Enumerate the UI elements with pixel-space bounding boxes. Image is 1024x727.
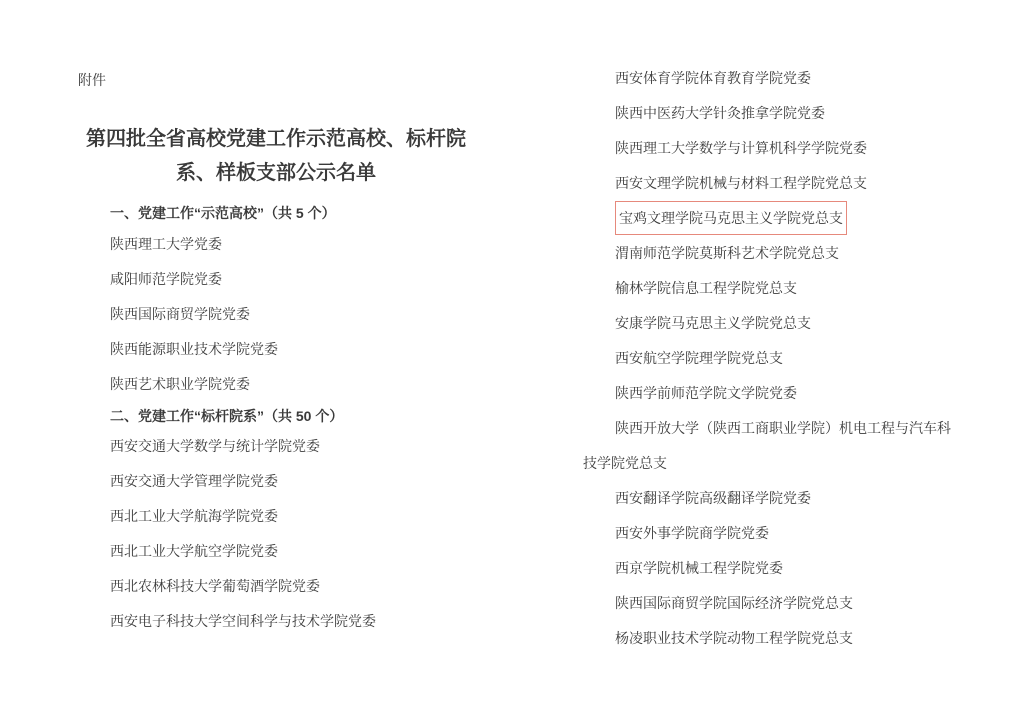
list-item: 西安翻译学院高级翻译学院党委 xyxy=(583,481,955,516)
list-item: 西安外事学院商学院党委 xyxy=(583,516,955,551)
list-item: 西安航空学院理学院党总支 xyxy=(583,341,955,376)
document-page: 附件 第四批全省高校党建工作示范高校、标杆院 系、样板支部公示名单 一、党建工作… xyxy=(0,0,1024,727)
document-title: 第四批全省高校党建工作示范高校、标杆院 系、样板支部公示名单 xyxy=(78,122,474,190)
highlight-box: 宝鸡文理学院马克思主义学院党总支 xyxy=(615,201,847,235)
list-item: 陕西理工大学数学与计算机科学学院党委 xyxy=(583,131,955,166)
section-1-heading: 一、党建工作“示范高校”（共 5 个） xyxy=(78,196,548,231)
list-item: 陕西艺术职业学院党委 xyxy=(78,367,548,402)
list-item: 西安体育学院体育教育学院党委 xyxy=(583,61,955,96)
list-item: 西京学院机械工程学院党委 xyxy=(583,551,955,586)
list-item: 西安文理学院机械与材料工程学院党总支 xyxy=(583,166,955,201)
list-item: 陕西学前师范学院文学院党委 xyxy=(583,376,955,411)
wrapped-line-2: 技学院党总支 xyxy=(583,455,667,471)
list-item: 榆林学院信息工程学院党总支 xyxy=(583,271,955,306)
document-title-line-2: 系、样板支部公示名单 xyxy=(78,156,474,190)
document-title-line-1: 第四批全省高校党建工作示范高校、标杆院 xyxy=(78,122,474,156)
list-item-wrapped: 陕西开放大学（陕西工商职业学院）机电工程与汽车科技学院党总支 xyxy=(583,411,955,481)
list-item: 陕西理工大学党委 xyxy=(78,227,548,262)
list-item: 陕西国际商贸学院国际经济学院党总支 xyxy=(583,586,955,621)
list-item: 陕西国际商贸学院党委 xyxy=(78,297,548,332)
list-item: 杨凌职业技术学院动物工程学院党总支 xyxy=(583,621,955,656)
list-item: 咸阳师范学院党委 xyxy=(78,262,548,297)
list-item: 陕西中医药大学针灸推拿学院党委 xyxy=(583,96,955,131)
attachment-label: 附件 xyxy=(78,72,106,88)
list-item: 西安交通大学数学与统计学院党委 xyxy=(78,429,548,464)
list-item: 宝鸡文理学院马克思主义学院党总支 xyxy=(583,201,955,236)
list-item: 安康学院马克思主义学院党总支 xyxy=(583,306,955,341)
list-item: 渭南师范学院莫斯科艺术学院党总支 xyxy=(583,236,955,271)
section-1-list: 陕西理工大学党委 咸阳师范学院党委 陕西国际商贸学院党委 陕西能源职业技术学院党… xyxy=(78,227,548,402)
section-2-list-left: 西安交通大学数学与统计学院党委 西安交通大学管理学院党委 西北工业大学航海学院党… xyxy=(78,429,548,639)
wrapped-line-1: 陕西开放大学（陕西工商职业学院）机电工程与汽车科 xyxy=(615,420,951,436)
list-item: 西安交通大学管理学院党委 xyxy=(78,464,548,499)
section-2-list-right: 西安体育学院体育教育学院党委 陕西中医药大学针灸推拿学院党委 陕西理工大学数学与… xyxy=(583,61,955,656)
list-item: 西北农林科技大学葡萄酒学院党委 xyxy=(78,569,548,604)
list-item: 西安电子科技大学空间科学与技术学院党委 xyxy=(78,604,548,639)
list-item: 陕西能源职业技术学院党委 xyxy=(78,332,548,367)
list-item: 西北工业大学航海学院党委 xyxy=(78,499,548,534)
list-item: 西北工业大学航空学院党委 xyxy=(78,534,548,569)
